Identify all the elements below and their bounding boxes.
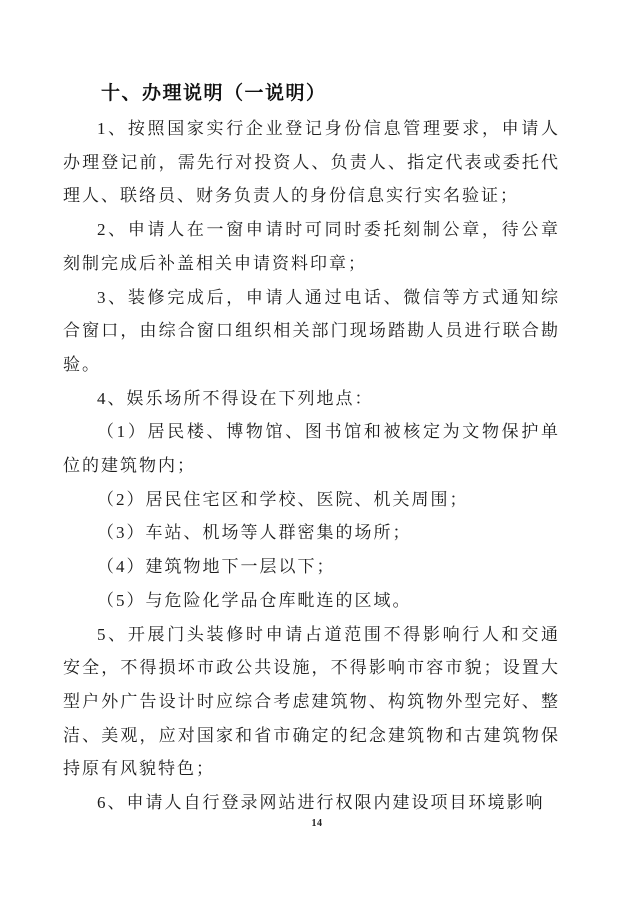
list-item-4: （4）建筑物地下一层以下；	[63, 550, 560, 584]
list-item-5: （5）与危险化学品仓库毗连的区域。	[63, 584, 560, 618]
section-title: 十、办理说明（一说明）	[63, 76, 560, 112]
paragraph-6: 6、申请人自行登录网站进行权限内建设项目环境影响	[63, 786, 560, 820]
paragraph-4: 4、娱乐场所不得设在下列地点：	[63, 382, 560, 416]
paragraph-5: 5、开展门头装修时申请占道范围不得影响行人和交通安全，不得损坏市政公共设施，不得…	[63, 618, 560, 787]
paragraph-3: 3、装修完成后，申请人通过电话、微信等方式通知综合窗口，由综合窗口组织相关部门现…	[63, 281, 560, 382]
document-page: 十、办理说明（一说明） 1、按照国家实行企业登记身份信息管理要求，申请人办理登记…	[0, 0, 634, 898]
list-item-1: （1）居民楼、博物馆、图书馆和被核定为文物保护单位的建筑物内；	[63, 415, 560, 482]
paragraph-2: 2、申请人在一窗申请时可同时委托刻制公章，待公章刻制完成后补盖相关申请资料印章；	[63, 213, 560, 280]
document-body: 十、办理说明（一说明） 1、按照国家实行企业登记身份信息管理要求，申请人办理登记…	[63, 76, 560, 820]
page-number: 14	[0, 818, 634, 829]
paragraph-1: 1、按照国家实行企业登记身份信息管理要求，申请人办理登记前，需先行对投资人、负责…	[63, 112, 560, 213]
list-item-2: （2）居民住宅区和学校、医院、机关周围；	[63, 483, 560, 517]
list-item-3: （3）车站、机场等人群密集的场所；	[63, 516, 560, 550]
